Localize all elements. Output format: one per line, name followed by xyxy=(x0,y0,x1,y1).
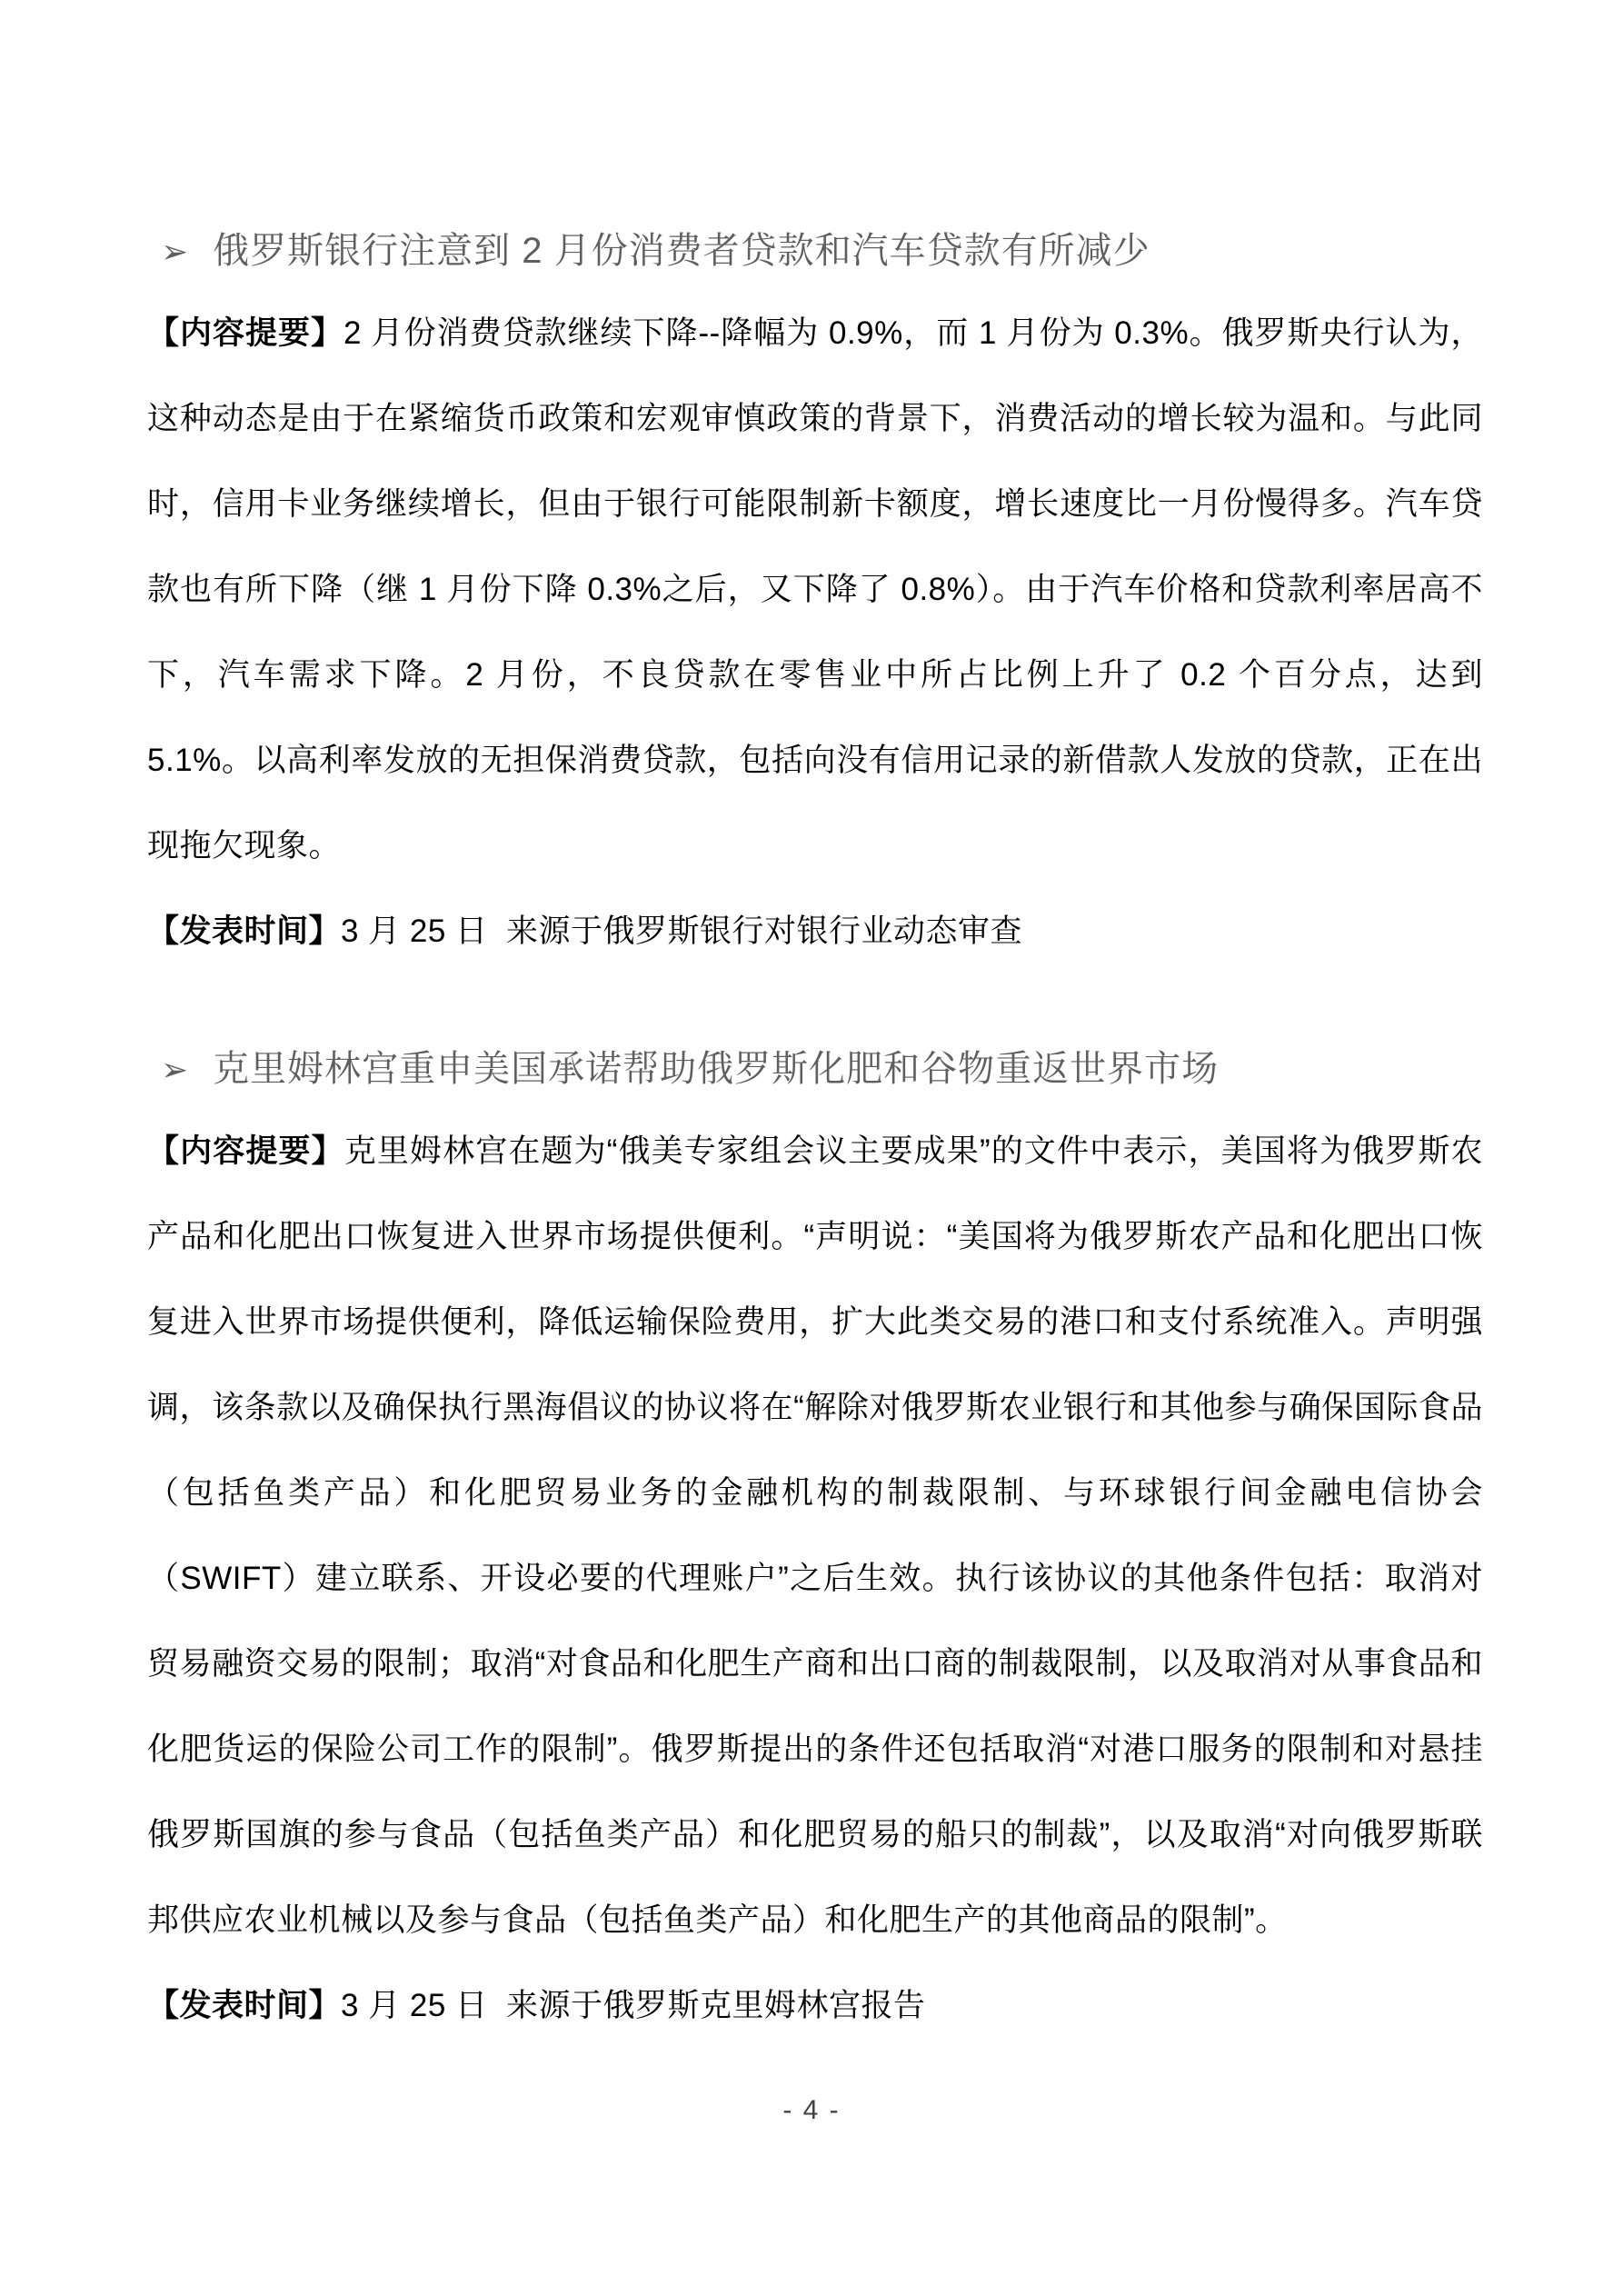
news-summary-1: 【内容提要】2 月份消费贷款继续下降--降幅为 0.9%，而 1 月份为 0.3… xyxy=(147,291,1483,889)
news-title-1: ➢ 俄罗斯银行注意到 2 月份消费者贷款和汽车贷款有所减少 xyxy=(147,225,1483,278)
document-page: ➢ 俄罗斯银行注意到 2 月份消费者贷款和汽车贷款有所减少 【内容提要】2 月份… xyxy=(0,0,1623,2296)
news-title-1-text: 俄罗斯银行注意到 2 月份消费者贷款和汽车贷款有所减少 xyxy=(213,225,1150,277)
news-item-1: ➢ 俄罗斯银行注意到 2 月份消费者贷款和汽车贷款有所减少 【内容提要】2 月份… xyxy=(147,225,1483,974)
arrow-bullet-icon: ➢ xyxy=(161,225,189,278)
news-publish-1: 【发表时间】3 月 25 日 来源于俄罗斯银行对银行业动态审查 xyxy=(147,889,1483,974)
news-title-2-text: 克里姆林宫重申美国承诺帮助俄罗斯化肥和谷物重返世界市场 xyxy=(213,1043,1219,1095)
document-content: ➢ 俄罗斯银行注意到 2 月份消费者贷款和汽车贷款有所减少 【内容提要】2 月份… xyxy=(147,0,1483,2049)
summary-text-2: 克里姆林宫在题为“俄美专家组会议主要成果”的文件中表示，美国将为俄罗斯农产品和化… xyxy=(147,1133,1483,1938)
publish-text-2: 3 月 25 日 来源于俄罗斯克里姆林宫报告 xyxy=(341,1988,926,2023)
news-title-2: ➢ 克里姆林宫重申美国承诺帮助俄罗斯化肥和谷物重返世界市场 xyxy=(147,1043,1483,1096)
summary-label-1: 【内容提要】 xyxy=(147,315,344,351)
summary-label-2: 【内容提要】 xyxy=(147,1133,344,1169)
news-summary-2: 【内容提要】克里姆林宫在题为“俄美专家组会议主要成果”的文件中表示，美国将为俄罗… xyxy=(147,1109,1483,1963)
news-item-2: ➢ 克里姆林宫重申美国承诺帮助俄罗斯化肥和谷物重返世界市场 【内容提要】克里姆林… xyxy=(147,1043,1483,2049)
news-publish-2: 【发表时间】3 月 25 日 来源于俄罗斯克里姆林宫报告 xyxy=(147,1963,1483,2049)
page-number: - 4 - xyxy=(0,2094,1623,2127)
publish-label-2: 【发表时间】 xyxy=(147,1988,341,2023)
arrow-bullet-icon: ➢ xyxy=(161,1043,189,1096)
summary-text-1: 2 月份消费贷款继续下降--降幅为 0.9%，而 1 月份为 0.3%。俄罗斯央… xyxy=(147,315,1483,863)
publish-label-1: 【发表时间】 xyxy=(147,913,341,949)
publish-text-1: 3 月 25 日 来源于俄罗斯银行对银行业动态审查 xyxy=(341,913,1022,949)
